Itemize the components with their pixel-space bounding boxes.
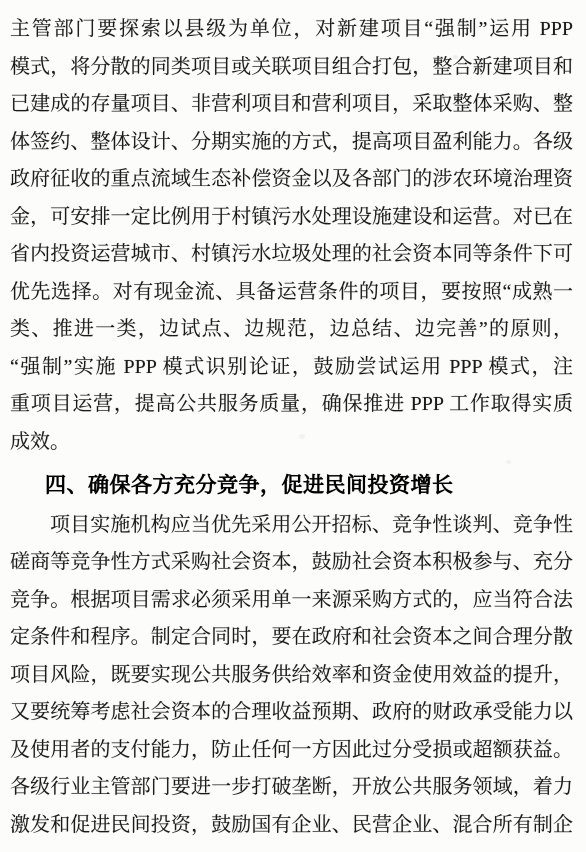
text-line: 激发和促进民间投资，鼓励国有企业、民营企业、混合所有制企 xyxy=(10,807,573,845)
document-text-block: 主管部门要探索以县级为单位，对新建项目“强制”运用 PPP 模式，将分散的同类项… xyxy=(10,11,573,844)
text-line: 各级行业主管部门要进一步打破垄断，开放公共服务领域，着力 xyxy=(10,769,573,807)
text-line: 已建成的存量项目、非营利项目和营利项目，采取整体采购、整 xyxy=(10,86,573,124)
text-line: 项目实施机构应当优先采用公开招标、竞争性谈判、竞争性 xyxy=(10,507,573,545)
text-line: 磋商等竞争性方式采购社会资本，鼓励社会资本积极参与、充分 xyxy=(10,544,573,582)
text-line: 项目风险，既要实现公共服务供给效率和资金使用效益的提升， xyxy=(10,657,573,695)
text-line: 政府征收的重点流域生态补偿资金以及各部门的涉农环境治理资 xyxy=(10,161,573,199)
text-line: 重项目运营，提高公共服务质量，确保推进 PPP 工作取得实质 xyxy=(10,386,573,424)
text-line: 省内投资运营城市、村镇污水垃圾处理的社会资本同等条件下可 xyxy=(10,236,573,274)
document-page: 主管部门要探索以县级为单位，对新建项目“强制”运用 PPP 模式，将分散的同类项… xyxy=(0,0,586,852)
text-line: 优先选择。对有现金流、具备运营条件的项目，要按照“成熟一 xyxy=(10,274,573,312)
text-line: “强制”实施 PPP 模式识别论证，鼓励尝试运用 PPP 模式，注 xyxy=(10,349,573,387)
text-line: 模式，将分散的同类项目或关联项目组合打包，整合新建项目和 xyxy=(10,49,573,87)
text-line: 定条件和程序。制定合同时，要在政府和社会资本之间合理分散 xyxy=(10,619,573,657)
text-line: 及使用者的支付能力，防止任何一方因此过分受损或超额获益。 xyxy=(10,732,573,770)
text-line: 又要统筹考虑社会资本的合理收益预期、政府的财政承受能力以 xyxy=(10,694,573,732)
section-heading: 四、确保各方充分竞争，促进民间投资增长 xyxy=(10,467,573,505)
text-line: 竞争。根据项目需求必须采用单一来源采购方式的，应当符合法 xyxy=(10,582,573,620)
text-line: 成效。 xyxy=(10,424,573,462)
text-line: 主管部门要探索以县级为单位，对新建项目“强制”运用 PPP xyxy=(10,11,573,49)
text-line: 金，可安排一定比例用于村镇污水处理设施建设和运营。对已在 xyxy=(10,199,573,237)
text-line: 体签约、整体设计、分期实施的方式，提高项目盈利能力。各级 xyxy=(10,124,573,162)
text-line: 类、推进一类，边试点、边规范，边总结、边完善”的原则， xyxy=(10,311,573,349)
